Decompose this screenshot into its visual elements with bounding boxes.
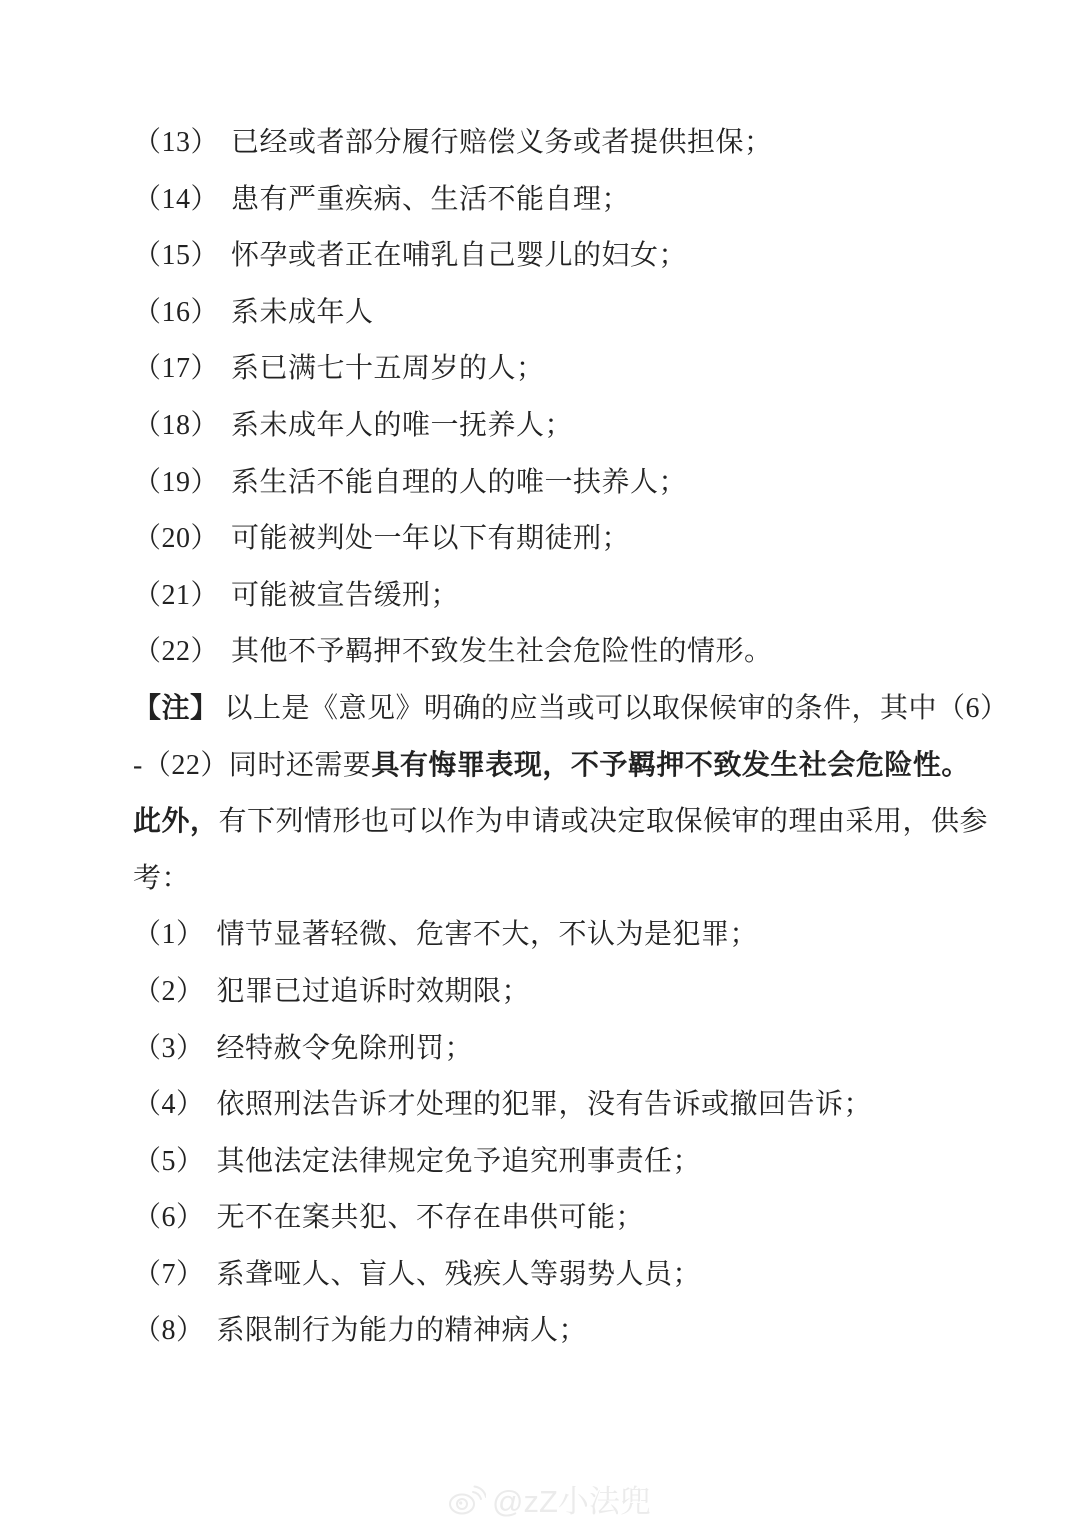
document-page: （13）已经或者部分履行赔偿义务或者提供担保； （14）患有严重疾病、生活不能自… — [0, 0, 1080, 1527]
item-number: （16） — [133, 297, 219, 328]
item-number: （17） — [133, 353, 219, 384]
item-text: 其他不予羁押不致发生社会危险性的情形。 — [231, 636, 773, 667]
list-item: （21）可能被宣告缓刑； — [133, 568, 970, 625]
item-text: 可能被判处一年以下有期徒刑； — [231, 523, 630, 554]
note-line-4: 考： — [133, 851, 970, 908]
item-text: 已经或者部分履行赔偿义务或者提供担保； — [231, 127, 773, 158]
item-number: （22） — [133, 636, 219, 667]
note-line-1: 【注】以上是《意见》明确的应当或可以取保候审的条件，其中（6） — [133, 681, 970, 738]
item-text: 犯罪已过追诉时效期限； — [217, 976, 531, 1007]
note-line-2: -（22）同时还需要具有悔罪表现，不予羁押不致发生社会危险性。 — [133, 738, 970, 795]
note-text: 有下列情形也可以作为申请或决定取保候审的理由采用，供参 — [219, 806, 989, 837]
item-number: （1） — [133, 919, 205, 950]
item-text: 系已满七十五周岁的人； — [231, 353, 545, 384]
item-number: （5） — [133, 1146, 205, 1177]
note-text-bold: 此外， — [133, 806, 219, 837]
list-item: （7）系聋哑人、盲人、残疾人等弱势人员； — [133, 1247, 970, 1304]
list-item: （3）经特赦令免除刑罚； — [133, 1021, 970, 1078]
item-number: （4） — [133, 1089, 205, 1120]
list-item: （17）系已满七十五周岁的人； — [133, 341, 970, 398]
list-item: （19）系生活不能自理的人的唯一扶养人； — [133, 455, 970, 512]
note-text: -（22）同时还需要 — [133, 750, 371, 781]
item-text: 系聋哑人、盲人、残疾人等弱势人员； — [217, 1259, 702, 1290]
list-item: （13）已经或者部分履行赔偿义务或者提供担保； — [133, 115, 970, 172]
note-line-3: 此外，有下列情形也可以作为申请或决定取保候审的理由采用，供参 — [133, 794, 970, 851]
note-text: 以上是《意见》明确的应当或可以取保候审的条件，其中（6） — [225, 693, 1009, 724]
list-item: （15）怀孕或者正在哺乳自己婴儿的妇女； — [133, 228, 970, 285]
item-number: （14） — [133, 184, 219, 215]
item-number: （20） — [133, 523, 219, 554]
list-item: （2）犯罪已过追诉时效期限； — [133, 964, 970, 1021]
list-item: （22）其他不予羁押不致发生社会危险性的情形。 — [133, 624, 970, 681]
watermark-handle: @zZ小法兜 — [492, 1476, 651, 1521]
watermark: @zZ小法兜 — [448, 1476, 651, 1521]
item-text: 依照刑法告诉才处理的犯罪，没有告诉或撤回告诉； — [217, 1089, 873, 1120]
item-text: 系未成年人的唯一抚养人； — [231, 410, 573, 441]
list-item: （16）系未成年人 — [133, 285, 970, 342]
list-item: （1）情节显著轻微、危害不大，不认为是犯罪； — [133, 907, 970, 964]
weibo-icon — [448, 1482, 486, 1516]
list-item: （20）可能被判处一年以下有期徒刑； — [133, 511, 970, 568]
note-text-bold: 具有悔罪表现，不予羁押不致发生社会危险性。 — [371, 750, 970, 781]
item-text: 可能被宣告缓刑； — [231, 580, 459, 611]
item-text: 系生活不能自理的人的唯一扶养人； — [231, 467, 687, 498]
item-number: （6） — [133, 1202, 205, 1233]
list-item: （8）系限制行为能力的精神病人； — [133, 1303, 970, 1360]
note-text: 考： — [133, 863, 190, 894]
list-item: （14）患有严重疾病、生活不能自理； — [133, 172, 970, 229]
item-number: （19） — [133, 467, 219, 498]
item-number: （13） — [133, 127, 219, 158]
item-text: 系限制行为能力的精神病人； — [217, 1315, 588, 1346]
item-text: 情节显著轻微、危害不大，不认为是犯罪； — [217, 919, 759, 950]
item-text: 系未成年人 — [231, 297, 374, 328]
list-item: （18）系未成年人的唯一抚养人； — [133, 398, 970, 455]
item-text: 患有严重疾病、生活不能自理； — [231, 184, 630, 215]
list-item: （6）无不在案共犯、不存在串供可能； — [133, 1190, 970, 1247]
item-text: 怀孕或者正在哺乳自己婴儿的妇女； — [231, 240, 687, 271]
item-number: （18） — [133, 410, 219, 441]
list-item: （4）依照刑法告诉才处理的犯罪，没有告诉或撤回告诉； — [133, 1077, 970, 1134]
item-text: 经特赦令免除刑罚； — [217, 1033, 474, 1064]
item-number: （8） — [133, 1315, 205, 1346]
item-number: （21） — [133, 580, 219, 611]
item-number: （3） — [133, 1033, 205, 1064]
item-number: （2） — [133, 976, 205, 1007]
item-number: （15） — [133, 240, 219, 271]
list-item: （5）其他法定法律规定免予追究刑事责任； — [133, 1134, 970, 1191]
item-number: （7） — [133, 1259, 205, 1290]
note-marker: 【注】 — [133, 693, 219, 724]
item-text: 无不在案共犯、不存在串供可能； — [217, 1202, 645, 1233]
document-body: （13）已经或者部分履行赔偿义务或者提供担保； （14）患有严重疾病、生活不能自… — [133, 115, 970, 1360]
item-text: 其他法定法律规定免予追究刑事责任； — [217, 1146, 702, 1177]
